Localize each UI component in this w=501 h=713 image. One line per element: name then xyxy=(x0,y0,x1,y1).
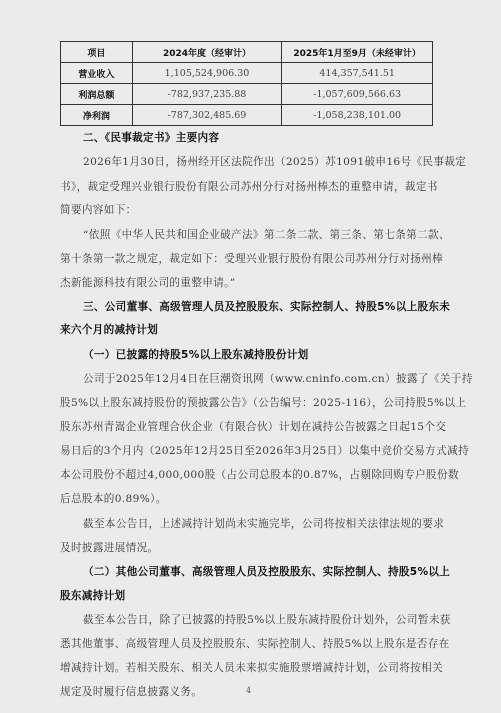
paragraph-line: 截至本公告日，上述减持计划尚未实施完毕，公司将按相关法律法规的要求 xyxy=(83,517,463,531)
paragraph-line: 悉其他董事、高级管理人员及控股股东、实际控制人、持股5%以上股东是否存在 xyxy=(60,637,440,651)
paragraph-line: 后总股本的0.89%）。 xyxy=(60,492,440,506)
row-label: 营业收入 xyxy=(61,63,133,84)
cell-2024: -782,937,235.88 xyxy=(132,84,282,105)
paragraph-line: 简要内容如下： xyxy=(60,203,440,217)
paragraph-line: 公司于2025年12月4日在巨潮资讯网（www.cninfo.com.cn）披露… xyxy=(83,372,463,386)
table-row: 营业收入 1,105,524,906.30 414,357,541.51 xyxy=(61,63,433,84)
cell-2025: -1,058,238,101.00 xyxy=(282,105,433,126)
quote-line: 第十条第一款之规定，裁定如下：受理兴业银行股份有限公司苏州分行对扬州棒 xyxy=(60,252,440,266)
paragraph-line: 及时披露进展情况。 xyxy=(60,541,440,555)
table-row: 净利润 -787,302,485.69 -1,058,238,101.00 xyxy=(61,105,433,126)
page-number: 4 xyxy=(246,686,251,695)
subsection-3-2-heading-cont: 股东减持计划 xyxy=(60,589,440,603)
header-2024: 2024年度（经审计） xyxy=(132,42,282,63)
subsection-3-2-heading: （二）其他公司董事、高级管理人员及控股股东、实际控制人、持股5%以上 xyxy=(83,565,463,579)
paragraph-line: 增减持计划。若相关股东、相关人员未来拟实施股票增减持计划，公司将按相关 xyxy=(60,661,440,675)
subsection-3-1-heading: （一）已披露的持股5%以上股东减持股份计划 xyxy=(83,348,463,362)
paragraph-line: 截至本公告日，除了已披露的持股5%以上股东减持股份计划外，公司暂未获 xyxy=(83,613,463,627)
paragraph-line: 股东苏州青嵩企业管理合伙企业（有限合伙）计划在减持公告披露之日起15个交 xyxy=(60,420,440,434)
cell-2025: 414,357,541.51 xyxy=(282,63,433,84)
paragraph-line: 股5%以上股东减持股份的预披露公告》（公告编号：2025-116），公司持股5%… xyxy=(60,396,440,410)
document-page: 项目 2024年度（经审计） 2025年1月至9月（未经审计） 营业收入 1,1… xyxy=(0,0,501,713)
paragraph-line: 易日后的3个月内（2025年12月25日至2026年3月25日）以集中竞价交易方… xyxy=(60,444,440,458)
table-header-row: 项目 2024年度（经审计） 2025年1月至9月（未经审计） xyxy=(61,42,433,63)
section-2-heading: 二、《民事裁定书》主要内容 xyxy=(83,131,463,145)
cell-2024: 1,105,524,906.30 xyxy=(132,63,282,84)
section-3-heading: 三、公司董事、高级管理人员及控股股东、实际控制人、持股5%以上股东未 xyxy=(83,300,463,314)
cell-2025: -1,057,609,566.63 xyxy=(282,84,433,105)
section-3-heading-cont: 来六个月的减持计划 xyxy=(60,323,440,337)
header-2025: 2025年1月至9月（未经审计） xyxy=(282,42,433,63)
paragraph-line: 书》，裁定受理兴业银行股份有限公司苏州分行对扬州棒杰的重整申请，裁定书 xyxy=(60,180,440,194)
row-label: 净利润 xyxy=(61,105,133,126)
quote-line: “依照《中华人民共和国企业破产法》第二条二款、第三条、第七条第二款、 xyxy=(83,228,463,242)
header-item: 项目 xyxy=(61,42,133,63)
quote-line: 杰新能源科技有限公司的重整申请。” xyxy=(60,276,440,290)
table-row: 利润总额 -782,937,235.88 -1,057,609,566.63 xyxy=(61,84,433,105)
cell-2024: -787,302,485.69 xyxy=(132,105,282,126)
row-label: 利润总额 xyxy=(61,84,133,105)
financial-table: 项目 2024年度（经审计） 2025年1月至9月（未经审计） 营业收入 1,1… xyxy=(60,41,433,126)
paragraph-line: 本公司股份不超过4,000,000股（占公司总股本的0.87%，占剔除回购专户股… xyxy=(60,468,440,482)
paragraph-line: 2026年1月30日，扬州经开区法院作出（2025）苏1091破申16号《民事裁… xyxy=(83,155,463,169)
